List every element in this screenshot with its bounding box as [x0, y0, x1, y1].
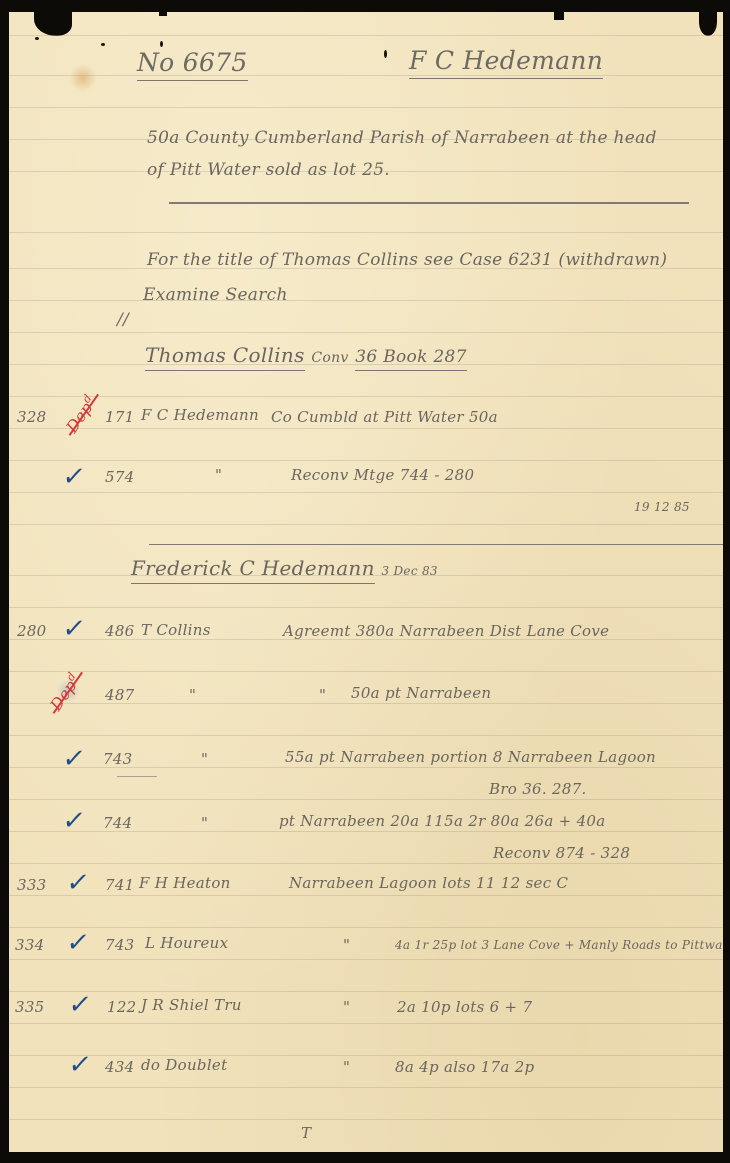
deposited-mark: Depd [61, 392, 100, 436]
ditto-mark: " [343, 1058, 350, 1076]
section1-conv: Conv [311, 350, 348, 366]
torn-edge [34, 10, 72, 36]
margin-number: 334 [15, 936, 45, 954]
entry-text: Co Cumbld at Pitt Water 50a [271, 408, 498, 426]
checkmark-icon: ✓ [66, 1050, 93, 1080]
entry-number: 743 [105, 936, 135, 954]
entry-number: 486 [105, 622, 135, 640]
entry-text: pt Narrabeen 20a 115a 2r 80a 26a + 40a [279, 812, 606, 830]
ditto-mark: " [189, 686, 196, 704]
entry-party: L Houreux [145, 934, 228, 952]
underline-mark [117, 776, 157, 777]
date-note: 19 12 85 [634, 500, 690, 514]
ditto-mark: " [319, 686, 326, 704]
section-marker: // [117, 310, 129, 330]
entry-text: 50a pt Narrabeen [351, 684, 491, 702]
footer-mark: T [301, 1124, 311, 1142]
title-note-line-2: Examine Search [143, 285, 288, 305]
entry-number: 122 [107, 998, 137, 1016]
entry-number: 574 [105, 468, 135, 486]
section1-name: Thomas Collins [145, 343, 305, 371]
entry-number: 487 [105, 686, 135, 704]
ink-spot [35, 37, 39, 40]
applicant-name: F C Hedemann [409, 46, 603, 79]
entry-party: F C Hedemann [141, 406, 259, 424]
section2-name: Frederick C Hedemann [131, 556, 375, 584]
ditto-mark: " [201, 750, 208, 768]
section2-date: 3 Dec 83 [381, 564, 437, 578]
divider [149, 544, 723, 545]
ink-spot [160, 41, 163, 47]
ink-spot [101, 43, 105, 46]
entry-party: do Doublet [141, 1056, 227, 1074]
description-line-1: 50a County Cumberland Parish of Narrabee… [147, 128, 657, 148]
ditto-mark: " [215, 466, 222, 484]
torn-edge [9, 10, 723, 12]
margin-number: 328 [17, 408, 47, 426]
entry-number: 743 [103, 750, 133, 768]
ditto-mark: " [343, 936, 350, 954]
section2-heading: Frederick C Hedemann 3 Dec 83 [131, 556, 438, 580]
entry-subnote: Reconv 874 - 328 [493, 844, 630, 862]
entry-party: J R Shiel Tru [141, 996, 242, 1014]
entry-text: 2a 10p lots 6 + 7 [397, 998, 532, 1016]
description-line-2: of Pitt Water sold as lot 25. [147, 160, 390, 180]
checkmark-icon: ✓ [66, 990, 93, 1020]
margin-number: 280 [17, 622, 47, 640]
divider [169, 202, 689, 204]
entry-number: 171 [105, 408, 135, 426]
margin-number: 335 [15, 998, 45, 1016]
ditto-mark: " [343, 998, 350, 1016]
entry-number: 434 [105, 1058, 135, 1076]
section1-ref: 36 Book 287 [355, 347, 466, 371]
checkmark-icon: ✓ [64, 868, 91, 898]
checkmark-icon: ✓ [64, 928, 91, 958]
margin-number: 333 [17, 876, 47, 894]
entry-party: F H Heaton [139, 874, 231, 892]
ditto-mark: " [201, 814, 208, 832]
entry-text: Narrabeen Lagoon lots 11 12 sec C [289, 874, 568, 892]
entry-number: 741 [105, 876, 135, 894]
entry-text: 8a 4p also 17a 2p [395, 1058, 534, 1076]
checkmark-icon: ✓ [60, 744, 87, 774]
case-number: No 6675 [137, 48, 248, 81]
title-note-line-1: For the title of Thomas Collins see Case… [147, 250, 667, 270]
torn-edge [699, 10, 717, 36]
paper-stain [69, 65, 97, 91]
entry-number: 744 [103, 814, 133, 832]
section1-heading: Thomas Collins Conv 36 Book 287 [145, 343, 467, 367]
checkmark-icon: ✓ [60, 462, 87, 492]
entry-text: 55a pt Narrabeen portion 8 Narrabeen Lag… [285, 748, 656, 766]
entry-subnote: Bro 36. 287. [489, 780, 587, 798]
entry-text: 4a 1r 25p lot 3 Lane Cove + Manly Roads … [395, 938, 723, 952]
ledger-page: No 6675 F C Hedemann 50a County Cumberla… [9, 10, 723, 1152]
entry-text: Agreemt 380a Narrabeen Dist Lane Cove [283, 622, 609, 640]
ink-spot [384, 50, 387, 58]
entry-party: T Collins [141, 621, 211, 639]
entry-text: Reconv Mtge 744 - 280 [291, 466, 474, 484]
